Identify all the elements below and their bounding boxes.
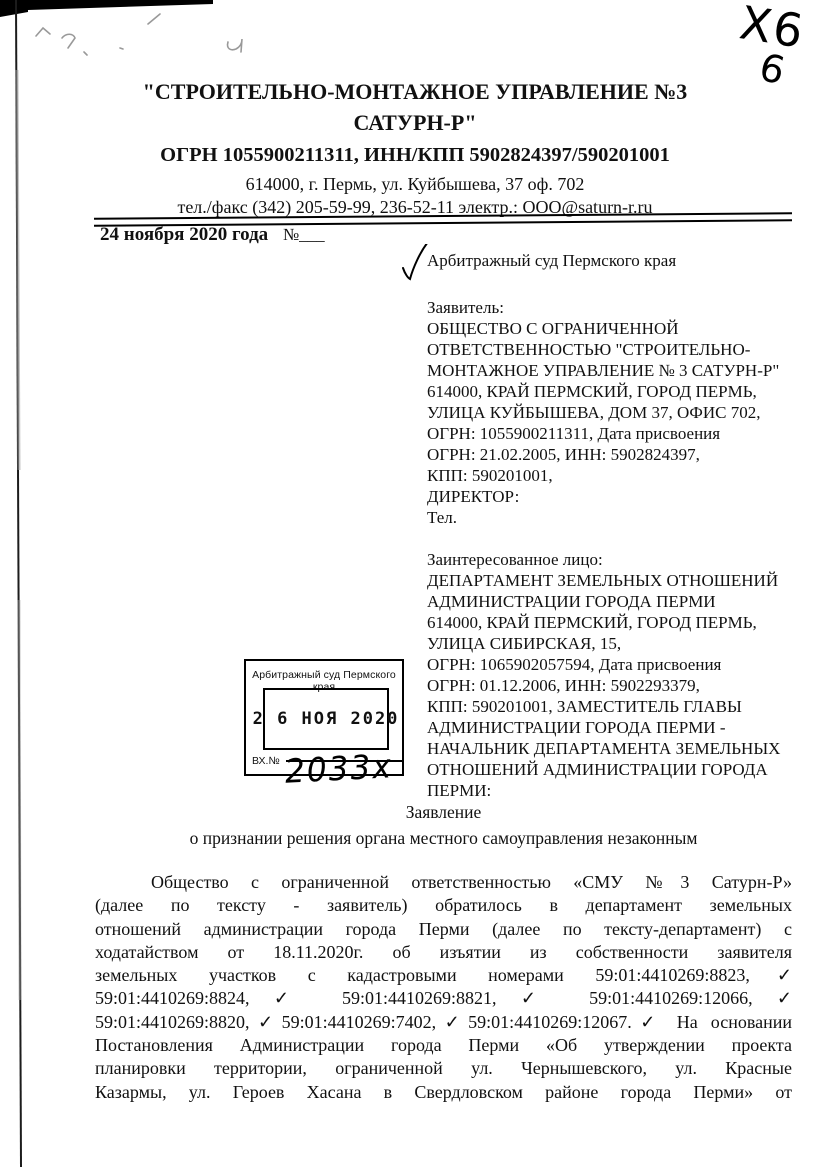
applicant-label: Заявитель: [427,297,799,318]
body-text-line: отношений администрации города Перми (да… [95,918,792,941]
interested-party-label: Заинтересованное лицо: [427,549,799,570]
applicant-detail-line: 614000, КРАЙ ПЕРМСКИЙ, ГОРОД ПЕРМЬ, [427,381,799,402]
addressee-column: Арбитражный суд Пермского края Заявитель… [427,250,799,801]
applicant-detail-line: УЛИЦА КУЙБЫШЕВА, ДОМ 37, ОФИС 702, [427,402,799,423]
court-incoming-stamp: Арбитражный суд Пермского края 2 6 НОЯ 2… [244,659,404,776]
outgoing-date: 24 ноября 2020 года [100,224,268,245]
applicant-detail-line: МОНТАЖНОЕ УПРАВЛЕНИЕ № 3 САТУРН-Р" [427,360,799,381]
pencil-marks [0,0,760,70]
body-text-line: (далее по тексту - заявитель) обратилось… [95,894,792,917]
applicant-detail-line: ДИРЕКТОР: [427,486,799,507]
applicant-detail-line: Тел. [427,507,799,528]
interested-party-detail-line: НАЧАЛЬНИК ДЕПАРТАМЕНТА ЗЕМЕЛЬНЫХ [427,738,799,759]
applicant-block: Заявитель: ОБЩЕСТВО С ОГРАНИЧЕННОЙ ОТВЕТ… [427,297,799,528]
interested-party-detail-line: ОГРН: 1065902057594, Дата присвоения [427,654,799,675]
recipient-court: Арбитражный суд Пермского края [427,250,799,271]
body-text-line: 59:01:4410269:8820,✓59:01:4410269:7402,✓… [95,1011,792,1034]
interested-party-detail-line: АДМИНИСТРАЦИИ ГОРОДА ПЕРМИ - [427,717,799,738]
interested-party-detail-line: КПП: 590201001, ЗАМЕСТИТЕЛЬ ГЛАВЫ [427,696,799,717]
outgoing-date-line: 24 ноября 2020 года №___ [100,224,325,246]
org-registration: ОГРН 1055900211311, ИНН/КПП 5902824397/5… [70,140,760,170]
outgoing-number-label: №___ [283,225,325,244]
interested-party-block: Заинтересованное лицо: ДЕПАРТАМЕНТ ЗЕМЕЛ… [427,549,799,801]
interested-party-detail-line: АДМИНИСТРАЦИИ ГОРОДА ПЕРМИ [427,591,799,612]
body-text-line: Общество с ограниченной ответственностью… [95,871,792,894]
stamp-incoming-label: ВХ.№ [252,755,280,767]
scanned-document-page: Х6 6 "СТРОИТЕЛЬНО-МОНТАЖНОЕ УПРАВЛЕНИЕ №… [0,0,827,1167]
interested-party-detail-line: ОТНОШЕНИЙ АДМИНИСТРАЦИИ ГОРОДА [427,759,799,780]
body-text-line: 59:01:4410269:8824,✓ 59:01:4410269:8821,… [95,987,792,1010]
checkmark-icon [400,244,430,282]
body-text-line: Казармы, ул. Героев Хасана в Свердловско… [95,1081,792,1104]
org-name-line1: "СТРОИТЕЛЬНО-МОНТАЖНОЕ УПРАВЛЕНИЕ №3 [70,76,760,107]
document-body: Общество с ограниченной ответственностью… [95,871,792,1104]
applicant-detail-line: ОБЩЕСТВО С ОГРАНИЧЕННОЙ [427,318,799,339]
interested-party-detail-line: ПЕРМИ: [427,780,799,801]
interested-party-detail-line: УЛИЦА СИБИРСКАЯ, 15, [427,633,799,654]
document-title-line1: Заявление [95,799,792,825]
applicant-details: ОБЩЕСТВО С ОГРАНИЧЕННОЙ ОТВЕТСТВЕННОСТЬЮ… [427,318,799,528]
stamp-date-box: 2 6 НОЯ 2020 [263,688,389,750]
recipient-court-name: Арбитражный суд Пермского края [427,251,676,270]
stamp-date-received: 2 6 НОЯ 2020 [253,709,400,729]
document-title-line2: о признании решения органа местного само… [95,825,792,851]
document-title: Заявление о признании решения органа мес… [95,799,792,851]
interested-party-detail-line: ДЕПАРТАМЕНТ ЗЕМЕЛЬНЫХ ОТНОШЕНИЙ [427,570,799,591]
applicant-detail-line: КПП: 590201001, [427,465,799,486]
applicant-detail-line: ОТВЕТСТВЕННОСТЬЮ "СТРОИТЕЛЬНО- [427,339,799,360]
interested-party-detail-line: ОГРН: 01.12.2006, ИНН: 5902293379, [427,675,799,696]
applicant-detail-line: ОГРН: 1055900211311, Дата присвоения [427,423,799,444]
body-text-line: ходатайством от 18.11.2020г. об изъятии … [95,941,792,964]
body-text-line: планировки территории, ограниченной ул. … [95,1057,792,1080]
org-address: 614000, г. Пермь, ул. Куйбышева, 37 оф. … [70,173,760,196]
body-text-line: земельных участков с кадастровыми номера… [95,964,792,987]
org-name-line2: САТУРН-Р" [70,107,760,138]
applicant-detail-line: ОГРН: 21.02.2005, ИНН: 5902824397, [427,444,799,465]
letterhead: "СТРОИТЕЛЬНО-МОНТАЖНОЕ УПРАВЛЕНИЕ №3 САТ… [70,76,760,218]
stamp-incoming-number-handwritten: 2033х [284,746,394,791]
interested-party-detail-line: 614000, КРАЙ ПЕРМСКИЙ, ГОРОД ПЕРМЬ, [427,612,799,633]
body-text-line: Постановления Администрации города Перми… [95,1034,792,1057]
interested-party-details: ДЕПАРТАМЕНТ ЗЕМЕЛЬНЫХ ОТНОШЕНИЙ АДМИНИСТ… [427,570,799,801]
